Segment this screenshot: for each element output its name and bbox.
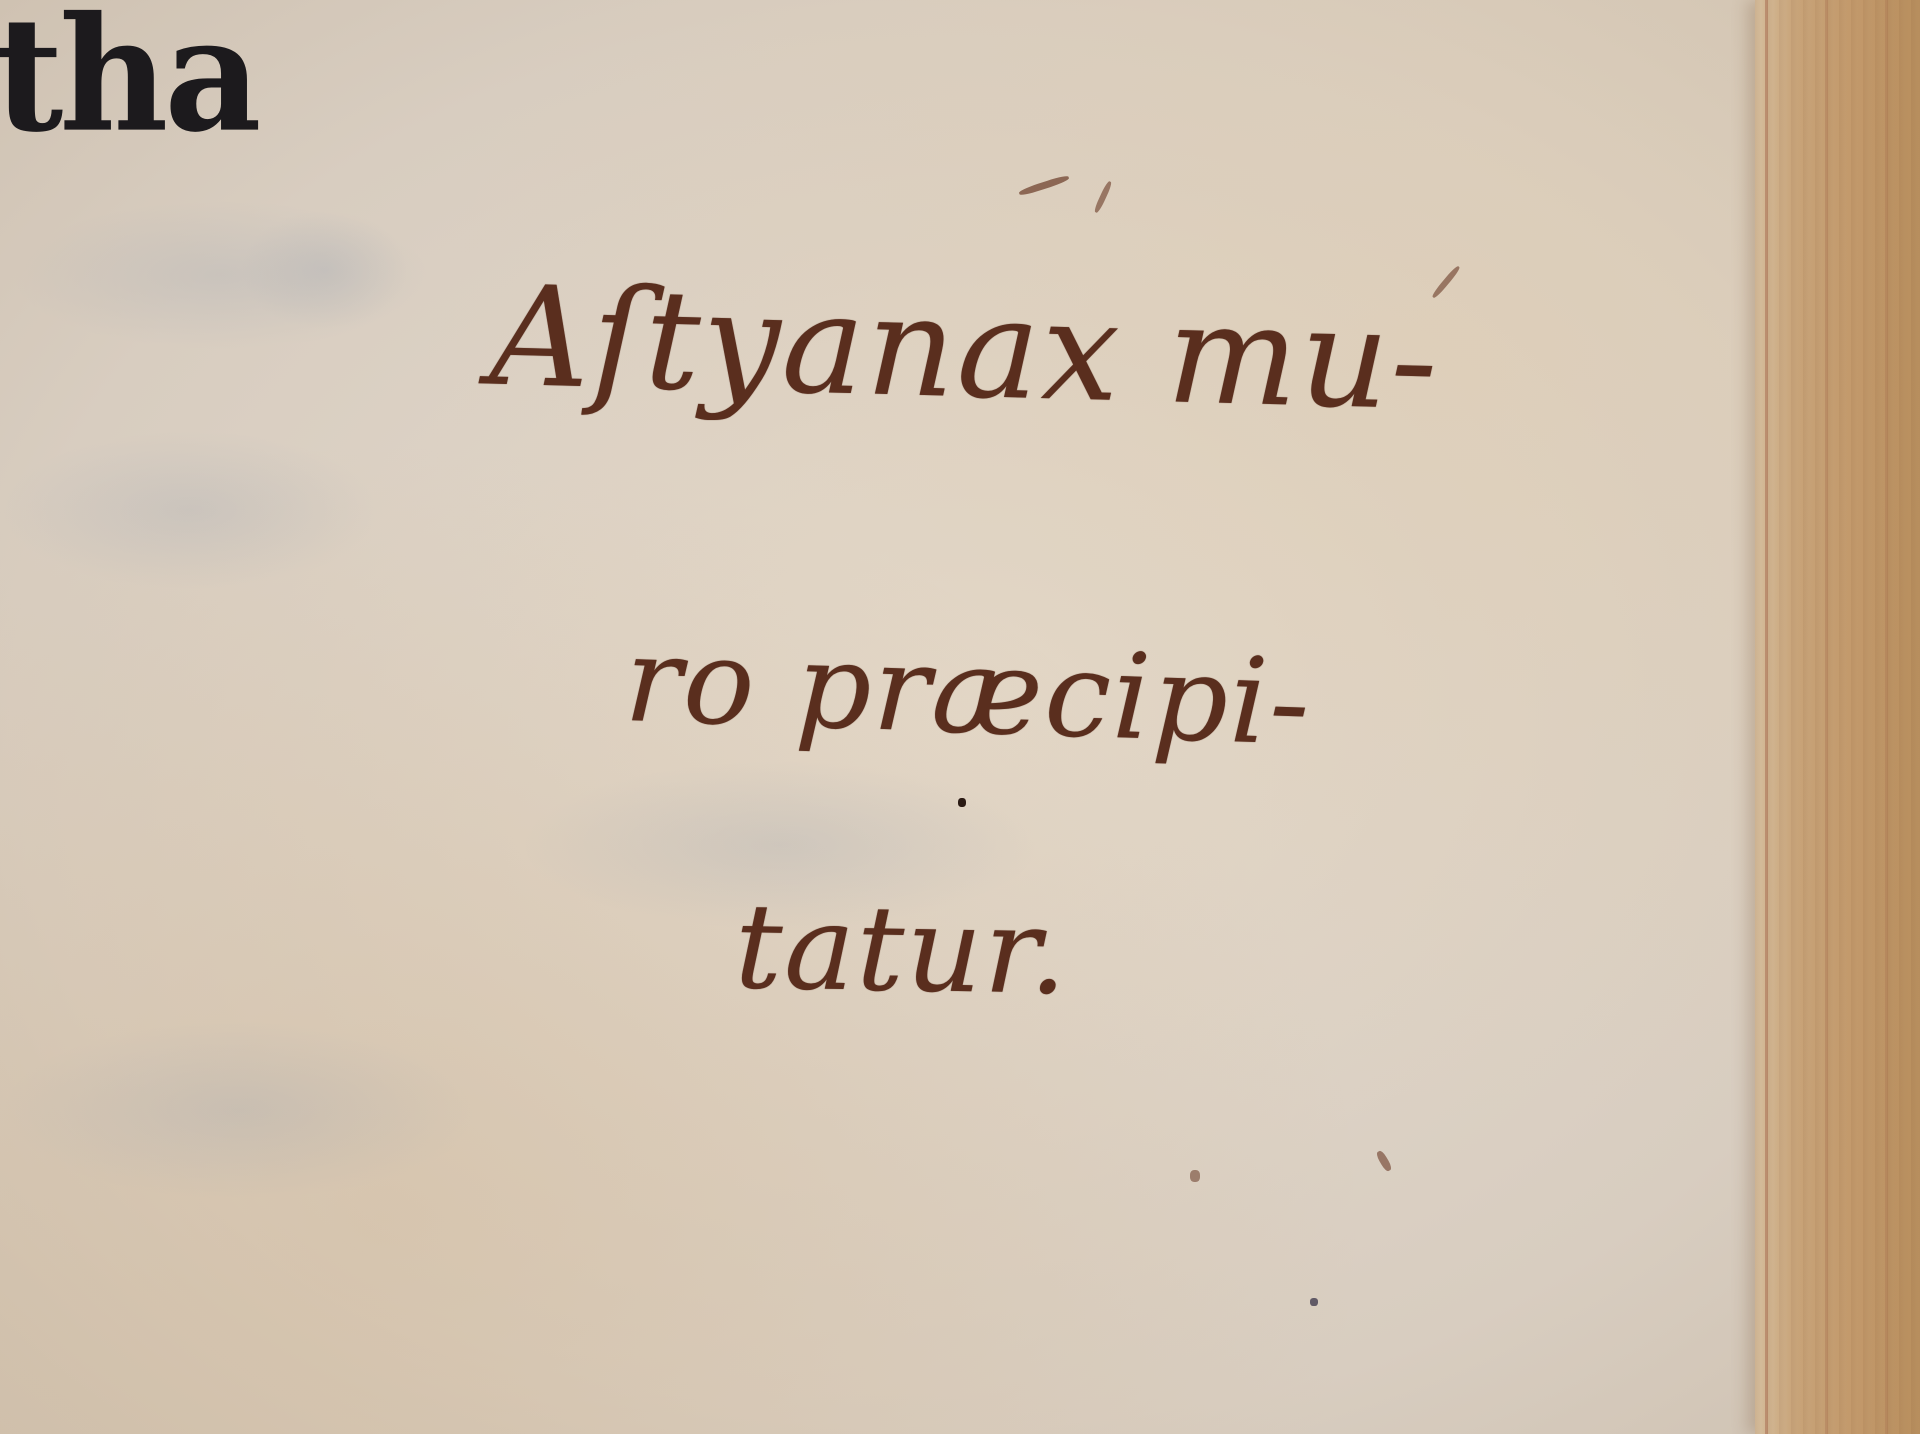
ink-speck [1190, 1170, 1200, 1182]
manuscript-page: tha Aſtyanax mu- ro præcipi- tatur. [0, 0, 1920, 1434]
edge-rule [1885, 0, 1888, 1434]
show-through-stain [0, 1020, 480, 1200]
annotation-line-2: ro præcipi- [623, 610, 1314, 772]
printed-text-fragment: tha [0, 0, 258, 154]
show-through-stain [0, 430, 380, 590]
ink-speck [958, 798, 966, 807]
edge-rule [1765, 0, 1768, 1434]
ink-speck [1018, 174, 1070, 197]
show-through-stain [240, 210, 410, 330]
gilt-page-edge [1755, 0, 1920, 1434]
annotation-line-3: tatur. [734, 877, 1070, 1021]
ink-speck [1310, 1298, 1318, 1306]
ink-speck [1093, 180, 1113, 213]
ink-speck [1375, 1149, 1393, 1172]
edge-rule [1825, 0, 1828, 1434]
annotation-line-1: Aſtyanax mu- [488, 256, 1442, 442]
